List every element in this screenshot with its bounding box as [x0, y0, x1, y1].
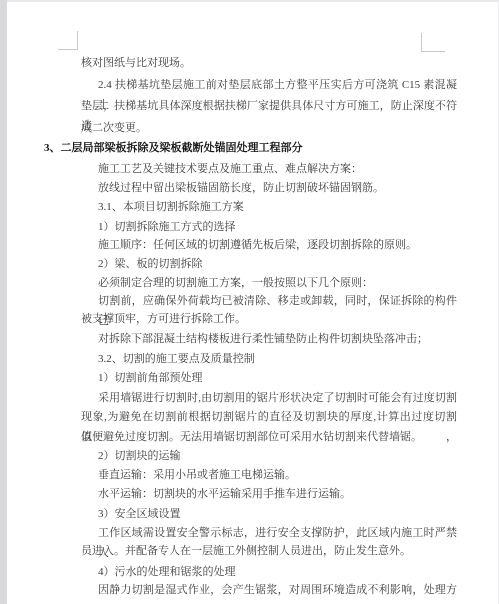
text-line[interactable]: 1）切割拆除施工方式的选择 — [98, 217, 236, 237]
section-heading[interactable]: 3、二层局部梁板拆除及梁板截断处锚固处理工程部分 — [44, 138, 303, 158]
text-line[interactable]: 员进入。并配备专人在一层施工外侧控制人员进出，防止发生意外。 — [81, 541, 411, 561]
text-line[interactable]: 因静力切割是湿式作业，会产生锯浆，对周围环境造成不利影响，处理方法： — [98, 580, 457, 600]
text-line[interactable]: 对拆除下部混凝土结构楼板进行柔性铺垫防止构件切割块坠落冲击； — [98, 329, 428, 349]
text-line[interactable]: 被支撑顶牢，方可进行拆除工作。 — [81, 309, 246, 329]
text-line[interactable]: 1）切割前角部预处理 — [98, 368, 203, 388]
text-line[interactable]: 4）污水的处理和锯浆的处理 — [98, 562, 236, 582]
text-line[interactable]: 必须制定合理的切割施工方案，一般按照以下几个原则： — [98, 273, 373, 293]
text-line[interactable]: 成二次变更。 — [81, 118, 147, 138]
text-line[interactable]: 水平运输：切割块的水平运输采用手推车进行运输。 — [98, 484, 351, 504]
text-boundary-mark-left — [58, 31, 78, 50]
text-line[interactable]: 工作区域需设置安全警示标志，进行安全支撑防护，此区域内施工时严禁人 — [98, 523, 457, 543]
text-line[interactable]: 2）切割块的运输 — [98, 446, 181, 466]
text-line[interactable]: 3）安全区域设置 — [98, 504, 181, 524]
text-boundary-mark-right — [421, 33, 445, 52]
app-background-strip — [0, 0, 7, 604]
text-line[interactable]: 施工工艺及关键技术要点及施工重点、难点解决方案： — [98, 159, 362, 179]
text-line[interactable]: 切割前，应确保外荷载均已被清除、移走或卸载，同时，保证拆除的构件已 — [98, 291, 457, 311]
page-top-edge — [0, 0, 499, 2]
text-line[interactable]: 放线过程中留出梁板锚固筋长度，防止切割破坏锚固钢筋。 — [98, 178, 384, 198]
text-line[interactable]: 以便避免过度切割。无法用墙锯切割部位可采用水钻切割来代替墙锯。 — [81, 427, 422, 447]
text-line[interactable]: 2.4 扶梯基坑垫层施工前对垫层底部土方整平压实后方可浇筑 C15 素混凝土 — [98, 75, 457, 95]
text-line[interactable]: 3.1、本项目切割拆除施工方案 — [98, 197, 244, 217]
text-line[interactable]: 施工顺序：任何区域的切割遵循先板后梁，逐段切割拆除的原则。 — [98, 235, 417, 255]
document-page[interactable]: 核对图纸与比对现场。 2.4 扶梯基坑垫层施工前对垫层底部土方整平压实后方可浇筑… — [0, 0, 499, 604]
text-line[interactable]: 2）梁、板的切割拆除 — [98, 254, 203, 274]
text-line[interactable]: 垫层，扶梯基坑具体深度根据扶梯厂家提供具体尺寸方可施工，防止深度不符造 — [81, 96, 457, 116]
text-line[interactable]: 3.2、切割的施工要点及质量控制 — [98, 349, 255, 369]
text-line[interactable]: 采用墙锯进行切割时,由切割用的锯片形状决定了切割时可能会有过度切割 — [98, 388, 457, 408]
text-line[interactable]: 核对图纸与比对现场。 — [81, 53, 191, 73]
text-line[interactable]: 现象,为避免在切割前根据切割锯片的直径及切割块的厚度,计算出过度切割值， — [81, 407, 457, 427]
text-line[interactable]: 垂直运输：采用小吊或者施工电梯运输。 — [98, 465, 296, 485]
